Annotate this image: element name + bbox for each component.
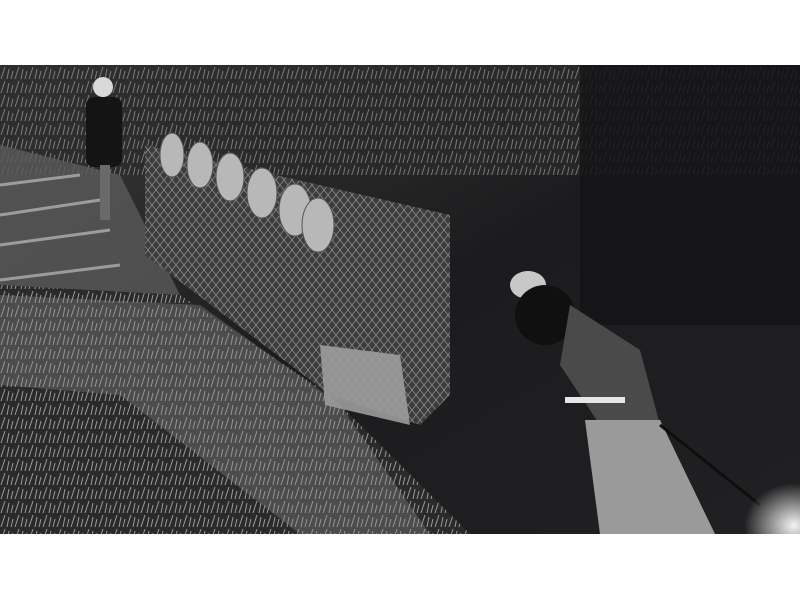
photograph	[0, 65, 800, 534]
light-flare	[600, 365, 800, 534]
